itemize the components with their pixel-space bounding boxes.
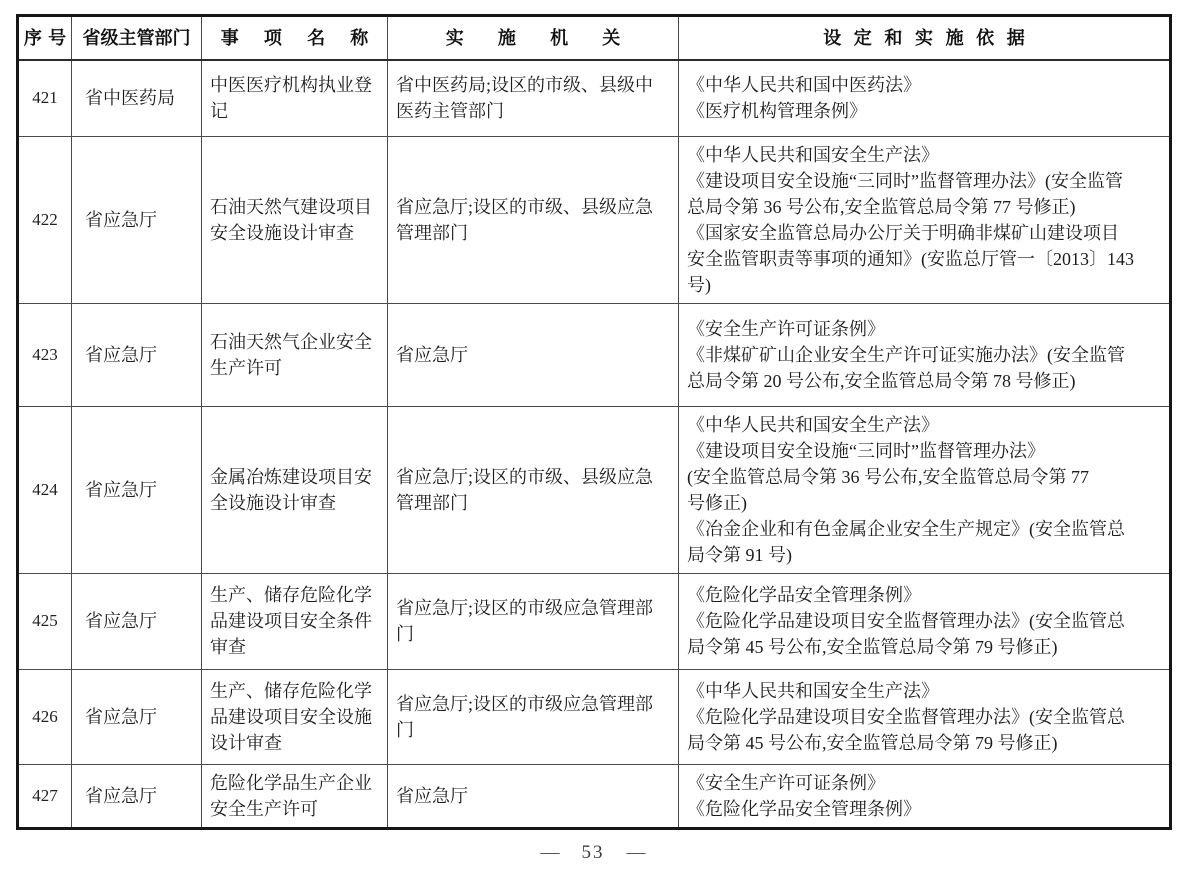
cell-dept: 省中医药局 xyxy=(72,60,202,136)
cell-agency: 省中医药局;设区的市级、县级中医药主管部门 xyxy=(388,60,679,136)
cell-dept: 省应急厅 xyxy=(72,136,202,303)
cell-item: 石油天然气建设项目安全设施设计审查 xyxy=(202,136,388,303)
cell-agency: 省应急厅;设区的市级、县级应急管理部门 xyxy=(388,136,679,303)
page-footer: —53— xyxy=(0,840,1186,866)
cell-basis: 《中华人民共和国安全生产法》 《危险化学品建设项目安全监督管理办法》(安全监管总… xyxy=(679,669,1171,764)
header-agency: 实施机关 xyxy=(388,16,679,61)
table-row: 423 省应急厅 石油天然气企业安全生产许可 省应急厅 《安全生产许可证条例》 … xyxy=(18,303,1171,406)
header-dept: 省级主管部门 xyxy=(72,16,202,61)
table-row: 422 省应急厅 石油天然气建设项目安全设施设计审查 省应急厅;设区的市级、县级… xyxy=(18,136,1171,303)
cell-basis: 《安全生产许可证条例》 《危险化学品安全管理条例》 xyxy=(679,764,1171,828)
cell-item: 金属冶炼建设项目安全设施设计审查 xyxy=(202,406,388,573)
cell-item: 生产、储存危险化学品建设项目安全条件审查 xyxy=(202,573,388,669)
table-row: 421 省中医药局 中医医疗机构执业登记 省中医药局;设区的市级、县级中医药主管… xyxy=(18,60,1171,136)
cell-agency: 省应急厅 xyxy=(388,303,679,406)
header-row: 序号 省级主管部门 事项名称 实施机关 设定和实施依据 xyxy=(18,16,1171,61)
cell-dept: 省应急厅 xyxy=(72,573,202,669)
header-basis-label: 设定和实施依据 xyxy=(823,25,1037,51)
document-page: 序号 省级主管部门 事项名称 实施机关 设定和实施依据 421 省中医药局 中医… xyxy=(0,0,1186,883)
cell-item: 石油天然气企业安全生产许可 xyxy=(202,303,388,406)
cell-dept: 省应急厅 xyxy=(72,303,202,406)
table-row: 427 省应急厅 危险化学品生产企业安全生产许可 省应急厅 《安全生产许可证条例… xyxy=(18,764,1171,828)
cell-seq: 427 xyxy=(18,764,72,828)
cell-seq: 426 xyxy=(18,669,72,764)
cell-agency: 省应急厅;设区的市级应急管理部门 xyxy=(388,573,679,669)
cell-seq: 425 xyxy=(18,573,72,669)
cell-dept: 省应急厅 xyxy=(72,669,202,764)
cell-seq: 423 xyxy=(18,303,72,406)
table-header: 序号 省级主管部门 事项名称 实施机关 设定和实施依据 xyxy=(18,16,1171,61)
cell-basis: 《危险化学品安全管理条例》 《危险化学品建设项目安全监督管理办法》(安全监管总 … xyxy=(679,573,1171,669)
cell-basis: 《安全生产许可证条例》 《非煤矿矿山企业安全生产许可证实施办法》(安全监管 总局… xyxy=(679,303,1171,406)
header-basis: 设定和实施依据 xyxy=(679,16,1171,61)
table-row: 424 省应急厅 金属冶炼建设项目安全设施设计审查 省应急厅;设区的市级、县级应… xyxy=(18,406,1171,573)
cell-item: 危险化学品生产企业安全生产许可 xyxy=(202,764,388,828)
cell-seq: 421 xyxy=(18,60,72,136)
approval-items-table: 序号 省级主管部门 事项名称 实施机关 设定和实施依据 421 省中医药局 中医… xyxy=(16,14,1172,830)
cell-basis: 《中华人民共和国中医药法》 《医疗机构管理条例》 xyxy=(679,60,1171,136)
cell-agency: 省应急厅 xyxy=(388,764,679,828)
header-agency-label: 实施机关 xyxy=(446,25,655,51)
cell-dept: 省应急厅 xyxy=(72,406,202,573)
cell-agency: 省应急厅;设区的市级应急管理部门 xyxy=(388,669,679,764)
header-seq: 序号 xyxy=(18,16,72,61)
cell-agency: 省应急厅;设区的市级、县级应急管理部门 xyxy=(388,406,679,573)
cell-seq: 424 xyxy=(18,406,72,573)
header-item: 事项名称 xyxy=(202,16,388,61)
cell-item: 生产、储存危险化学品建设项目安全设施设计审查 xyxy=(202,669,388,764)
cell-basis: 《中华人民共和国安全生产法》 《建设项目安全设施“三同时”监督管理办法》(安全监… xyxy=(679,136,1171,303)
page-number: 53 xyxy=(582,842,605,863)
header-item-label: 事项名称 xyxy=(221,25,388,51)
table-row: 426 省应急厅 生产、储存危险化学品建设项目安全设施设计审查 省应急厅;设区的… xyxy=(18,669,1171,764)
table-body: 421 省中医药局 中医医疗机构执业登记 省中医药局;设区的市级、县级中医药主管… xyxy=(18,60,1171,828)
cell-basis: 《中华人民共和国安全生产法》 《建设项目安全设施“三同时”监督管理办法》 (安全… xyxy=(679,406,1171,573)
header-seq-label: 序号 xyxy=(24,25,72,51)
header-dept-label: 省级主管部门 xyxy=(83,28,191,48)
footer-left-dash: — xyxy=(541,842,560,863)
footer-right-dash: — xyxy=(627,842,646,863)
cell-dept: 省应急厅 xyxy=(72,764,202,828)
cell-item: 中医医疗机构执业登记 xyxy=(202,60,388,136)
table-row: 425 省应急厅 生产、储存危险化学品建设项目安全条件审查 省应急厅;设区的市级… xyxy=(18,573,1171,669)
cell-seq: 422 xyxy=(18,136,72,303)
